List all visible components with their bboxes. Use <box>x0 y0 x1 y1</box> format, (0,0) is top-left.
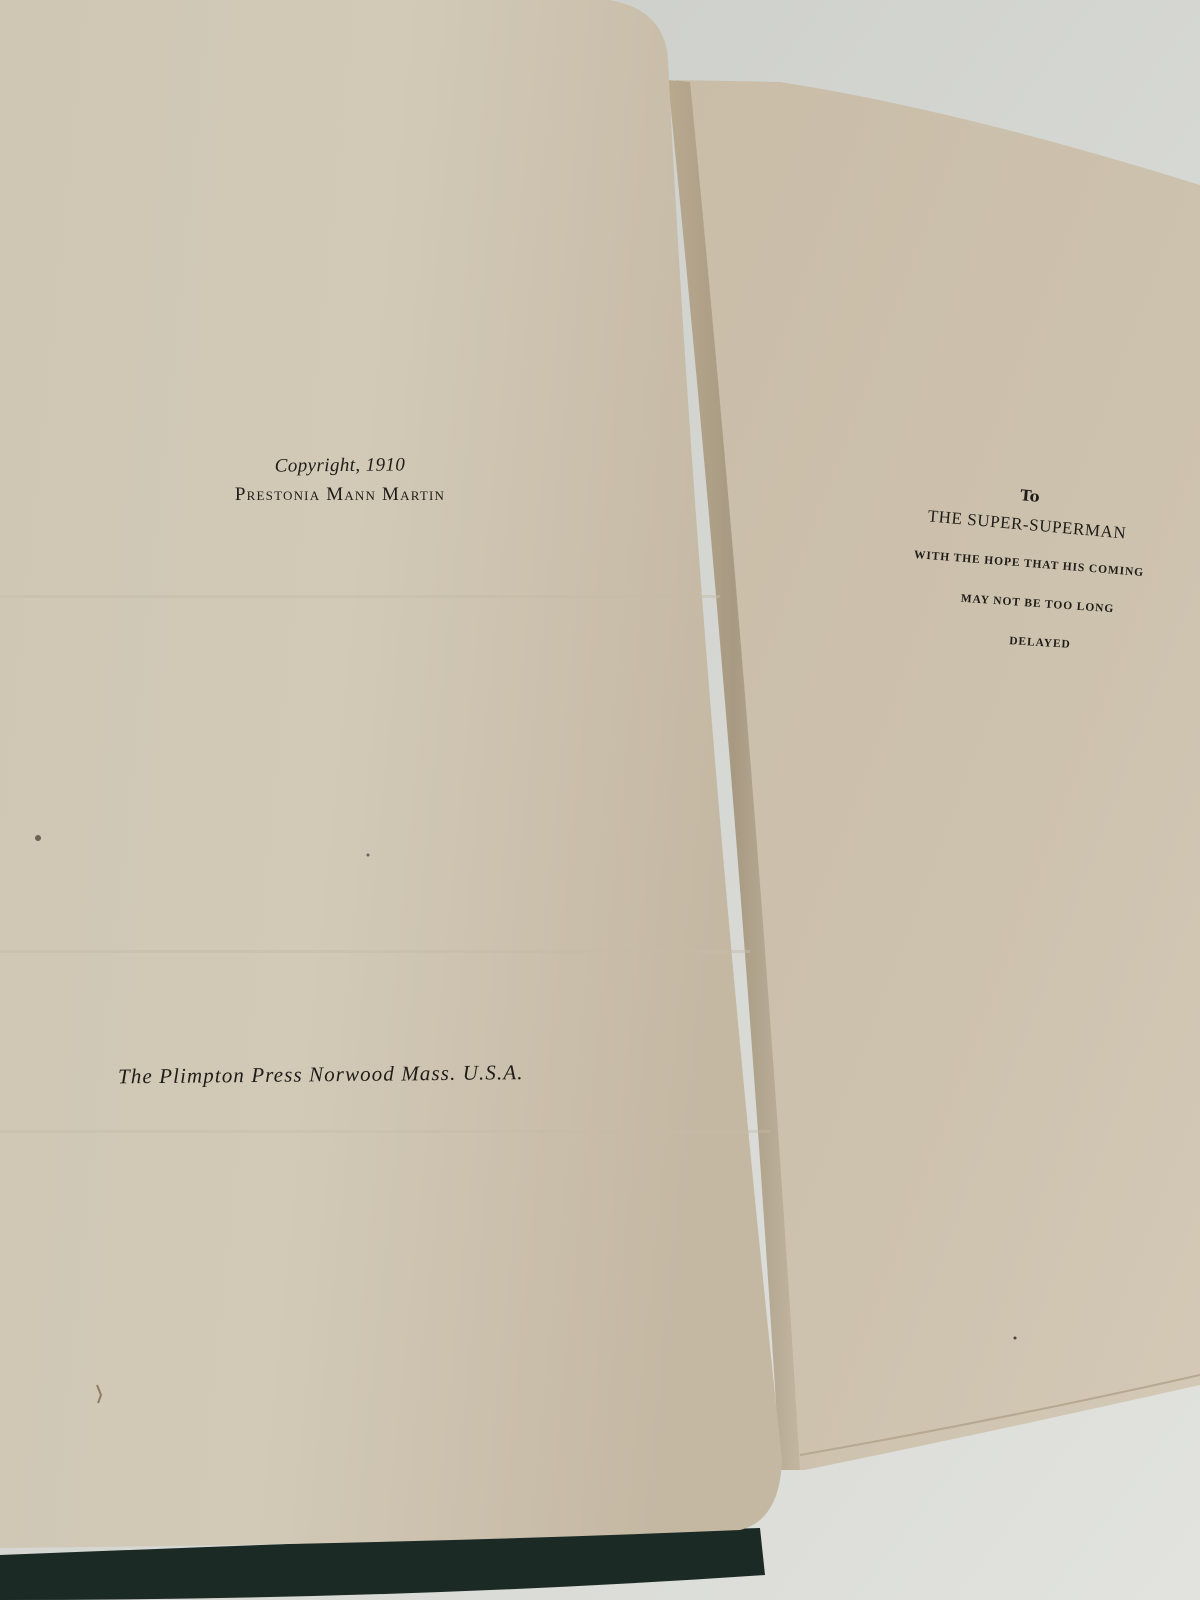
dedication-to: To <box>1009 485 1050 506</box>
copyright-line: Copyright, 1910 <box>265 454 415 477</box>
left-page <box>0 0 782 1548</box>
copyright-holder: Prestonia Mann Martin <box>205 484 475 506</box>
book-photo-scene <box>0 0 1200 1600</box>
printer-imprint: The Plimpton Press Norwood Mass. U.S.A. <box>118 1060 578 1090</box>
